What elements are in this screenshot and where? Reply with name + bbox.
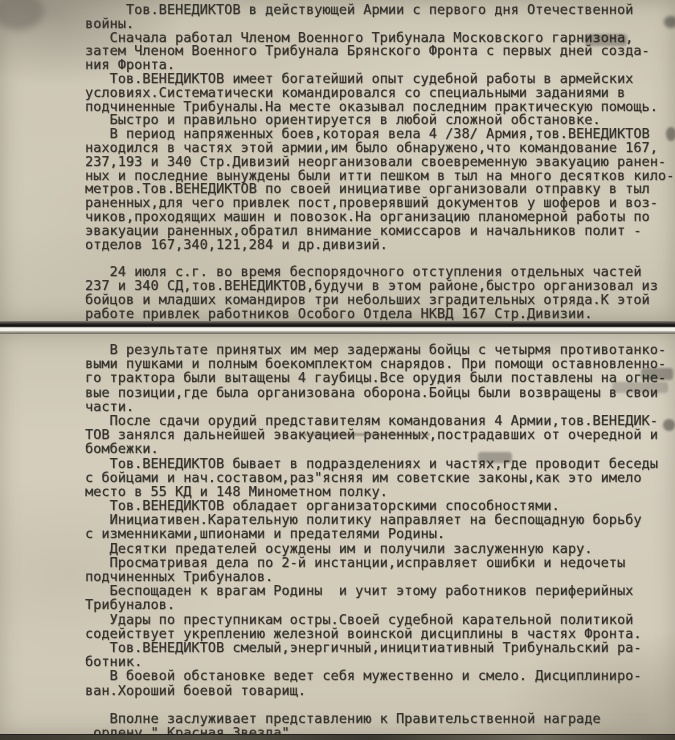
- document-scan-page: { "document": { "kind": "scanned typewri…: [0, 0, 675, 740]
- scan-fragment-bottom: В результате принятых им мер задержаны б…: [0, 334, 675, 734]
- text-line: части.: [85, 400, 675, 414]
- text-line: с изменниками,шпионами и предателями Род…: [85, 527, 675, 541]
- text-line: Беспощаден к врагам Родины и учит этому …: [85, 584, 675, 598]
- text-line: с бойцами и нач.составом,раз"ясняя им со…: [85, 471, 675, 485]
- text-line: Удары по преступникам остры.Своей судебн…: [85, 613, 675, 627]
- scan-seam-divider: [0, 321, 675, 334]
- text-line: работе привлек работников Особого Отдела…: [85, 308, 675, 322]
- scan-bottom-edge: [0, 735, 675, 740]
- text-line: Просматривая дела по 2-й инстанции,испра…: [85, 556, 675, 570]
- text-line: Тов.ВЕНЕДИКТОВ обладает организаторскими…: [85, 499, 675, 513]
- text-line: вые позиции,где была организована оборон…: [85, 386, 675, 400]
- scan-fragment-top: Тов.ВЕНЕДИКТОВ в действующей Армии с пер…: [0, 0, 675, 322]
- text-line: место в 55 КД и 148 Минометном полку.: [85, 485, 675, 499]
- text-line: ордену " Красная Звезда".: [85, 726, 675, 734]
- text-line: Тов.ВЕНЕДИКТОВ смелый,энергичный,иницити…: [85, 641, 675, 655]
- text-line: Десятки предателей осуждены им и получил…: [85, 542, 675, 556]
- text-line: [85, 698, 675, 712]
- text-line: Инициативен.Карательную политику направл…: [85, 513, 675, 527]
- text-line: Тов.ВЕНЕДИКТОВ бывает в подразделениях и…: [85, 457, 675, 471]
- text-line: Тов.ВЕНЕДИКТОВ в действующей Армии с пер…: [85, 4, 675, 18]
- text-line: В боевой обстановке ведет себя мужествен…: [85, 669, 675, 683]
- text-line: бомбежки.: [85, 442, 675, 456]
- text-line: После сдачи орудий представителям команд…: [85, 414, 675, 428]
- text-line: подчиненных Трибуналов.: [85, 570, 675, 584]
- text-line: содействует укреплению железной воинской…: [85, 627, 675, 641]
- text-line: ботник.: [85, 655, 675, 669]
- text-line: В результате принятых им мер задержаны б…: [85, 343, 675, 357]
- text-line: выми пушками и полным боекомплектом снар…: [85, 357, 675, 371]
- text-line: ТОВ занялся дальнейшей эвакуацией раненн…: [85, 428, 675, 442]
- text-line: отделов 167,340,121,284 и др.дивизий.: [85, 239, 675, 253]
- text-line: Трибуналов.: [85, 598, 675, 612]
- text-line: го трактора были вытащены 4 гаубицы.Все …: [85, 371, 675, 385]
- text-line: Вполне заслуживает представлению к Прави…: [85, 712, 675, 726]
- text-line: ван.Хороший боевой товарищ.: [85, 684, 675, 698]
